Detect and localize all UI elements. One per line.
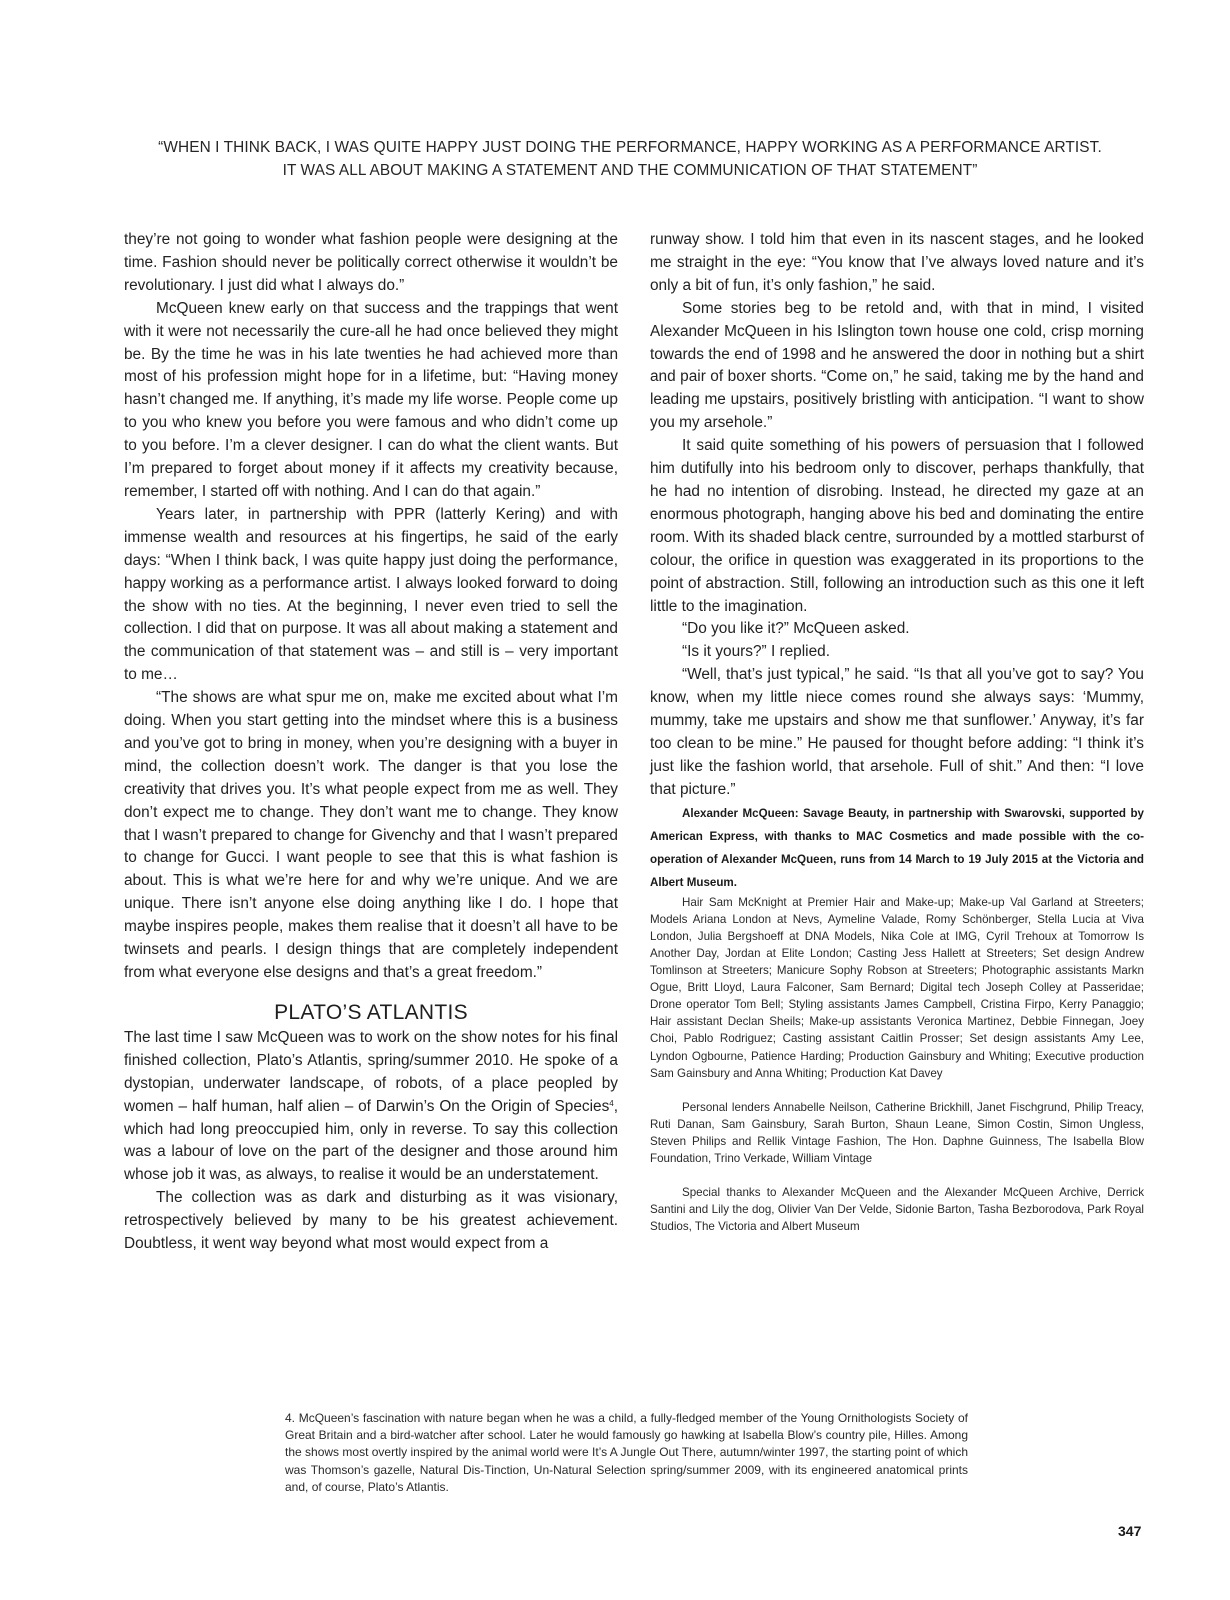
body-paragraph: they’re not going to wonder what fashion… (124, 229, 618, 298)
paragraph-text: The last time I saw McQueen was to work … (124, 1029, 618, 1115)
body-paragraph: runway show. I told him that even in its… (650, 229, 1144, 298)
body-paragraph: “Is it yours?” I replied. (650, 641, 1144, 664)
body-paragraph: The last time I saw McQueen was to work … (124, 1027, 618, 1187)
right-column: runway show. I told him that even in its… (650, 229, 1144, 1235)
body-paragraph: Years later, in partnership with PPR (la… (124, 504, 618, 687)
lenders-paragraph: Personal lenders Annabelle Neilson, Cath… (650, 1099, 1144, 1167)
body-paragraph: The collection was as dark and disturbin… (124, 1187, 618, 1256)
pull-quote: “WHEN I THINK BACK, I WAS QUITE HAPPY JU… (100, 136, 1160, 182)
exhibition-note: Alexander McQueen: Savage Beauty, in par… (650, 802, 1144, 894)
pull-quote-line-2: IT WAS ALL ABOUT MAKING A STATEMENT AND … (100, 159, 1160, 182)
body-paragraph: “Do you like it?” McQueen asked. (650, 618, 1144, 641)
body-paragraph: Some stories beg to be retold and, with … (650, 298, 1144, 435)
pull-quote-line-1: “WHEN I THINK BACK, I WAS QUITE HAPPY JU… (100, 136, 1160, 159)
body-paragraph: It said quite something of his powers of… (650, 435, 1144, 618)
credits-paragraph: Hair Sam McKnight at Premier Hair and Ma… (650, 894, 1144, 1082)
body-paragraph: McQueen knew early on that success and t… (124, 298, 618, 504)
left-column: they’re not going to wonder what fashion… (124, 229, 618, 1256)
page-number: 347 (1118, 1523, 1141, 1539)
footnote-reference[interactable]: 4 (609, 1099, 613, 1108)
body-paragraph: “The shows are what spur me on, make me … (124, 687, 618, 985)
body-paragraph: “Well, that’s just typical,” he said. “I… (650, 664, 1144, 801)
section-heading: PLATO’S ATLANTIS (124, 999, 618, 1027)
footnote: 4. McQueen’s fascination with nature beg… (285, 1410, 968, 1496)
thanks-paragraph: Special thanks to Alexander McQueen and … (650, 1184, 1144, 1235)
